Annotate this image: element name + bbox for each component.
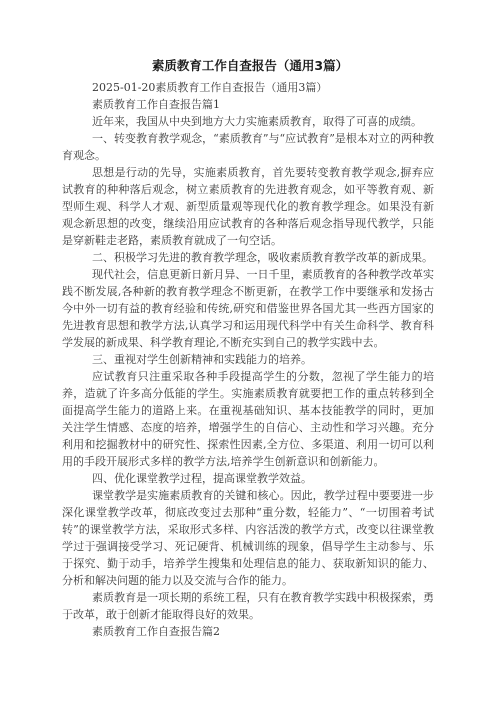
paragraph: 三、重视对学生创新精神和实践能力的培养。 bbox=[62, 351, 434, 368]
document-page: 素质教育工作自查报告（通用3篇） 2025-01-20素质教育工作自查报告（通用… bbox=[0, 0, 500, 707]
document-title: 素质教育工作自查报告（通用3篇） bbox=[0, 0, 500, 74]
paragraph: 近年来，我国从中央到地方大力实施素质教育，取得了可喜的成绩。 bbox=[62, 113, 434, 130]
paragraph: 现代社会，信息更新日新月异、一日千里，素质教育的各种教学改革实践不断发展,各种新… bbox=[62, 266, 434, 351]
section-2-heading: 素质教育工作自查报告篇2 bbox=[62, 623, 434, 640]
paragraph: 四、优化课堂教学过程，提高课堂教学效益。 bbox=[62, 470, 434, 487]
paragraph: 二、积极学习先进的教育教学理念，吸收素质教育教学改革的新成果。 bbox=[62, 249, 434, 266]
paragraph: 课堂教学是实施素质教育的关键和核心。因此，教学过程中要要进一步深化课堂教学改革，… bbox=[62, 487, 434, 589]
paragraph: 一、转变教育教学观念，“素质教育”与“应试教育”是根本对立的两种教育观念。 bbox=[62, 130, 434, 164]
paragraph: 应试教育只注重采取各种手段提高学生的分数，忽视了学生能力的培养，造就了许多高分低… bbox=[62, 368, 434, 470]
document-body: 2025-01-20素质教育工作自查报告（通用3篇） 素质教育工作自查报告篇1 … bbox=[62, 79, 434, 640]
meta-date-line: 2025-01-20素质教育工作自查报告（通用3篇） bbox=[62, 79, 434, 96]
section-1-heading: 素质教育工作自查报告篇1 bbox=[62, 96, 434, 113]
paragraph: 素质教育是一项长期的系统工程，只有在教育教学实践中积极探索，勇于改革，敢于创新才… bbox=[62, 589, 434, 623]
paragraph: 思想是行动的先导，实施素质教育，首先要转变教育教学观念,摒弃应试教育的种种落后观… bbox=[62, 164, 434, 249]
